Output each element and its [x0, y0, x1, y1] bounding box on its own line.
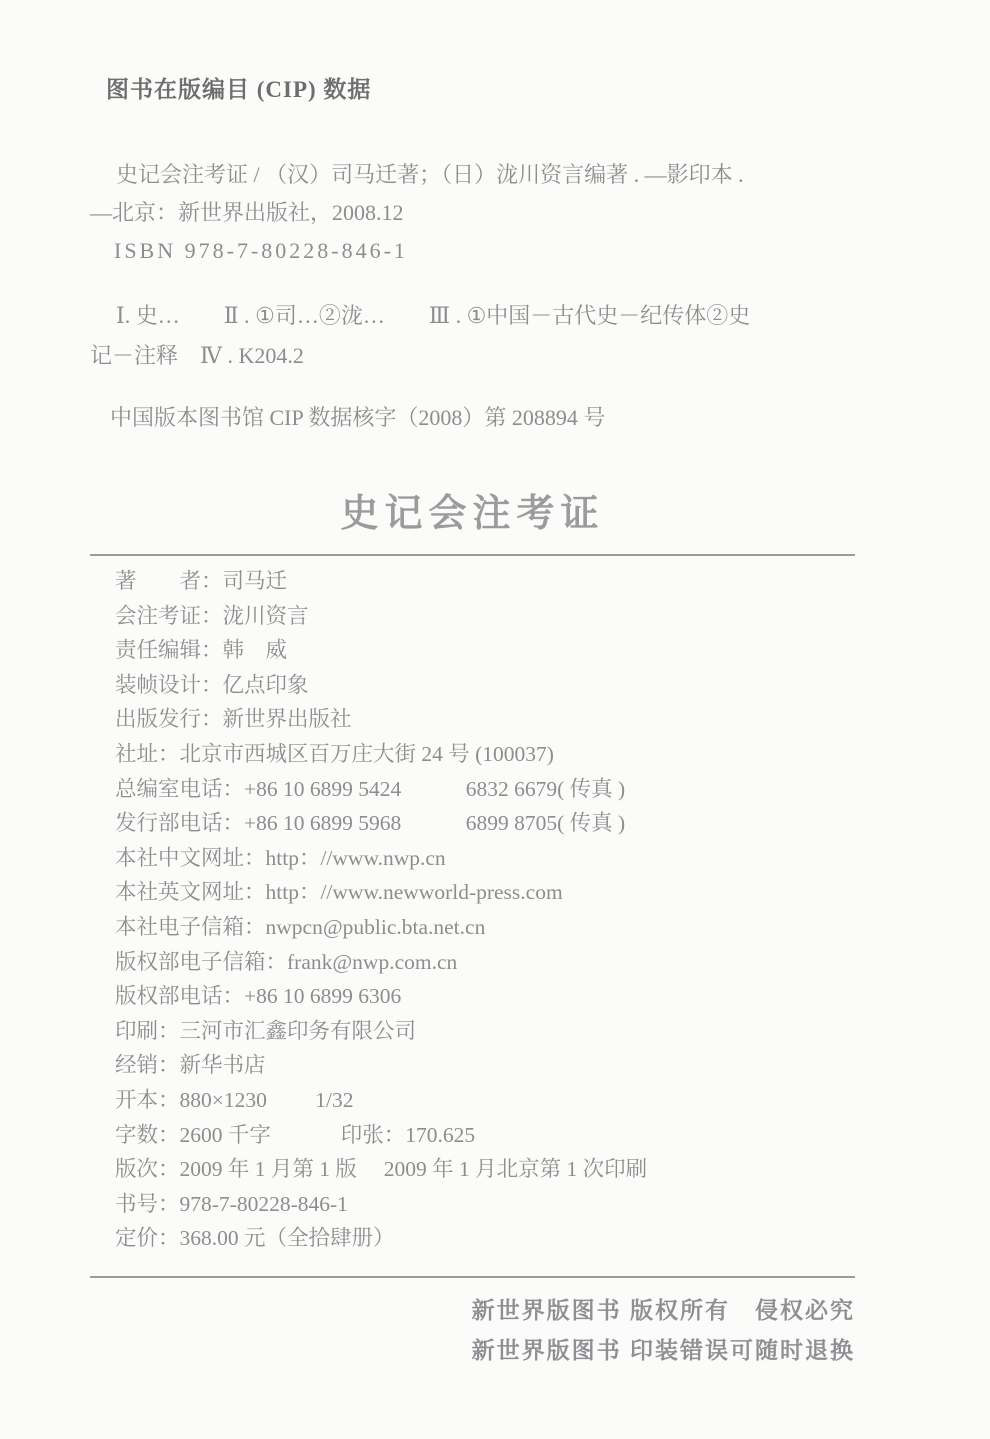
detail-label: 版权部电话：: [115, 984, 244, 1008]
detail-row-printer: 印刷：三河市汇鑫印务有限公司: [115, 1014, 855, 1049]
cip-heading: 图书在版编目 (CIP) 数据: [106, 76, 855, 104]
cip-classification-line-1: Ⅰ. 史… Ⅱ . ①司…②泷… Ⅲ . ①中国－古代史－纪传体②史: [90, 296, 855, 336]
detail-label: 本社英文网址：: [115, 880, 266, 904]
cip-classification-line-2: 记－注释 Ⅳ . K204.2: [90, 336, 855, 376]
detail-row-website-en: 本社英文网址：http：//www.newworld-press.com: [115, 875, 855, 910]
detail-value: 新世界出版社: [223, 707, 352, 731]
detail-label: 本社中文网址：: [115, 846, 266, 870]
detail-value: 三河市汇鑫印务有限公司: [180, 1019, 417, 1043]
detail-value: 368.00 元（全拾肆册）: [180, 1226, 395, 1250]
detail-row-editorial-phone: 总编室电话：+86 10 6899 5424 6832 6679( 传真 ): [115, 772, 855, 807]
copyright-notice: 新世界版图书 版权所有 侵权必究: [90, 1290, 855, 1330]
detail-label: 经销：: [115, 1053, 180, 1077]
detail-row-website-cn: 本社中文网址：http：//www.nwp.cn: [115, 841, 855, 876]
detail-label: 书号：: [115, 1192, 180, 1216]
detail-row-price: 定价：368.00 元（全拾肆册）: [115, 1221, 855, 1256]
detail-label: 社址：: [115, 742, 180, 766]
cip-record: 史记会注考证 / （汉）司马迁著；（日）泷川资言编著 . —影印本 . —北京：…: [90, 156, 855, 270]
detail-row-email: 本社电子信箱：nwpcn@public.bta.net.cn: [115, 910, 855, 945]
detail-value: 978-7-80228-846-1: [180, 1192, 348, 1216]
detail-label: 发行部电话：: [115, 811, 244, 835]
detail-value: +86 10 6899 6306: [244, 984, 401, 1008]
detail-label: 装帧设计：: [115, 673, 223, 697]
detail-row-format: 开本：880×1230 1/32: [115, 1083, 855, 1118]
detail-value: 韩 威: [223, 638, 288, 662]
detail-value: nwpcn@public.bta.net.cn: [266, 915, 486, 939]
detail-value: +86 10 6899 5968 6899 8705( 传真 ): [244, 811, 625, 835]
cip-record-line-1: 史记会注考证 / （汉）司马迁著；（日）泷川资言编著 . —影印本 .: [90, 156, 855, 194]
detail-label: 开本：: [115, 1088, 180, 1112]
detail-row-design: 装帧设计：亿点印象: [115, 668, 855, 703]
detail-value: 2009 年 1 月第 1 版 2009 年 1 月北京第 1 次印刷: [180, 1157, 648, 1181]
cip-isbn: ISBN 978-7-80228-846-1: [90, 232, 855, 270]
detail-label: 总编室电话：: [115, 777, 244, 801]
book-title: 史记会注考证: [90, 492, 855, 536]
detail-row-publisher: 出版发行：新世界出版社: [115, 702, 855, 737]
detail-value: 北京市西城区百万庄大街 24 号 (100037): [180, 742, 554, 766]
copyright-page: 图书在版编目 (CIP) 数据 史记会注考证 / （汉）司马迁著；（日）泷川资言…: [90, 0, 855, 1370]
detail-value: 亿点印象: [223, 673, 309, 697]
detail-row-wordcount: 字数：2600 千字 印张：170.625: [115, 1118, 855, 1153]
detail-value: http：//www.nwp.cn: [266, 846, 446, 870]
detail-row-author: 著 者：司马迁: [115, 564, 855, 599]
detail-label: 出版发行：: [115, 707, 223, 731]
detail-value: 880×1230 1/32: [180, 1088, 354, 1112]
publication-details: 著 者：司马迁 会注考证：泷川资言 责任编辑：韩 威 装帧设计：亿点印象 出版发…: [90, 564, 855, 1256]
divider-top: [90, 554, 855, 556]
cip-record-line-2: —北京：新世界出版社，2008.12: [90, 194, 855, 232]
detail-row-rights-email: 版权部电子信箱：frank@nwp.com.cn: [115, 945, 855, 980]
detail-label: 著 者：: [115, 569, 223, 593]
publisher-notices: 新世界版图书 版权所有 侵权必究 新世界版图书 印装错误可随时退换: [90, 1290, 855, 1370]
detail-label: 定价：: [115, 1226, 180, 1250]
detail-value: 泷川资言: [223, 604, 309, 628]
detail-label: 印刷：: [115, 1019, 180, 1043]
detail-value: 新华书店: [180, 1053, 266, 1077]
detail-label: 版次：: [115, 1157, 180, 1181]
detail-row-editor: 责任编辑：韩 威: [115, 633, 855, 668]
detail-value: +86 10 6899 5424 6832 6679( 传真 ): [244, 777, 625, 801]
detail-row-address: 社址：北京市西城区百万庄大街 24 号 (100037): [115, 737, 855, 772]
detail-row-distributor: 经销：新华书店: [115, 1048, 855, 1083]
detail-label: 字数：: [115, 1123, 180, 1147]
detail-row-annotator: 会注考证：泷川资言: [115, 599, 855, 634]
detail-row-rights-phone: 版权部电话：+86 10 6899 6306: [115, 979, 855, 1014]
cip-record-number: 中国版本图书馆 CIP 数据核字（2008）第 208894 号: [110, 404, 855, 432]
detail-row-book-number: 书号：978-7-80228-846-1: [115, 1187, 855, 1222]
detail-label: 版权部电子信箱：: [115, 950, 287, 974]
detail-row-edition: 版次：2009 年 1 月第 1 版 2009 年 1 月北京第 1 次印刷: [115, 1152, 855, 1187]
detail-value: http：//www.newworld-press.com: [266, 880, 563, 904]
detail-label: 本社电子信箱：: [115, 915, 266, 939]
detail-row-distribution-phone: 发行部电话：+86 10 6899 5968 6899 8705( 传真 ): [115, 806, 855, 841]
divider-bottom: [90, 1276, 855, 1278]
detail-value: frank@nwp.com.cn: [287, 950, 457, 974]
detail-label: 责任编辑：: [115, 638, 223, 662]
return-policy-notice: 新世界版图书 印装错误可随时退换: [90, 1330, 855, 1370]
detail-label: 会注考证：: [115, 604, 223, 628]
detail-value: 2600 千字 印张：170.625: [180, 1123, 476, 1147]
cip-classification: Ⅰ. 史… Ⅱ . ①司…②泷… Ⅲ . ①中国－古代史－纪传体②史 记－注释 …: [90, 296, 855, 376]
detail-value: 司马迁: [223, 569, 288, 593]
